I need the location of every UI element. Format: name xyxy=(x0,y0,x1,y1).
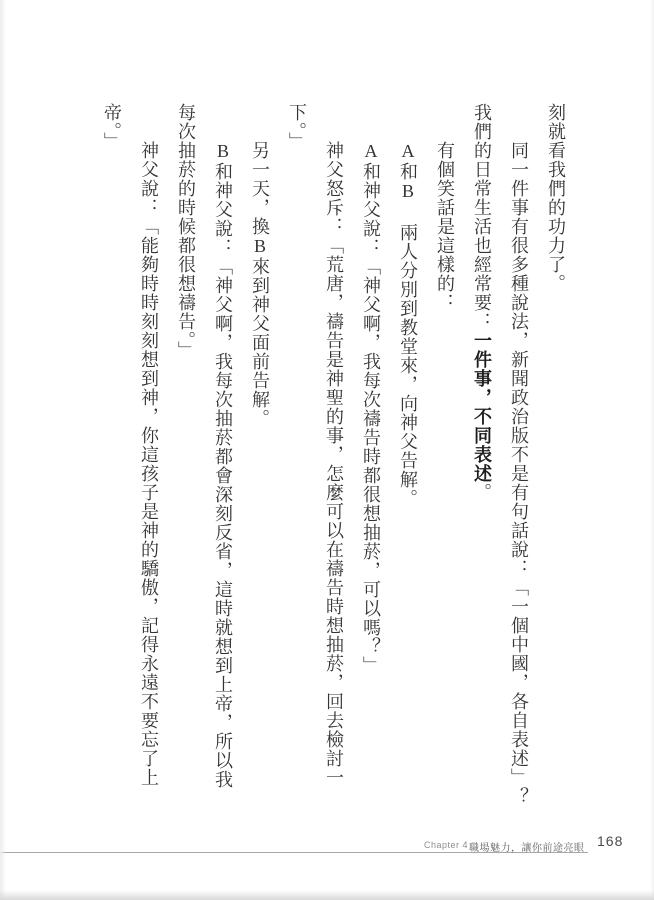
text-column: 下。」 xyxy=(288,103,306,819)
text-run: B和神父說：「神父啊，我每次抽菸都會深刻反省，這時就想到上帝，所以我 xyxy=(213,141,233,789)
text-run: 我們的日常生活也經常要： xyxy=(472,103,492,331)
text-run: A和神父說：「神父啊，我每次禱告時都很想抽菸，可以嗎？」 xyxy=(361,141,381,675)
scan-edge-left xyxy=(0,0,6,900)
text-run: 另一天，換B來到神父面前告解。 xyxy=(250,141,270,428)
text-column: 每次抽菸的時候都很想禱告。」 xyxy=(177,103,195,819)
text-run: 神父說：「能夠時時刻刻想到神，你這孩子是神的驕傲，記得永遠不要忘了上 xyxy=(139,141,159,787)
text-column: 我們的日常生活也經常要：一件事，不同表述。 xyxy=(473,103,491,819)
scan-edge-bottom xyxy=(0,890,654,900)
text-run: 下。」 xyxy=(287,103,307,151)
text-column: A和神父說：「神父啊，我每次禱告時都很想抽菸，可以嗎？」 xyxy=(362,103,380,819)
text-column: 有個笑話是這樣的： xyxy=(436,103,454,819)
text-run: 帝。」 xyxy=(102,103,122,151)
chapter-label: Chapter 4 xyxy=(424,840,468,850)
body-text: 刻就看我們的功力了。同一件事有很多種說法，新聞政治版不是有句話說：「一個中國，各… xyxy=(84,103,565,819)
text-run: 每次抽菸的時候都很想禱告。」 xyxy=(176,103,196,360)
text-column: A和B 兩人分別到教堂來，向神父告解。 xyxy=(399,103,417,819)
emphasized-text: 一件事，不同表述 xyxy=(472,331,492,483)
text-column: B和神父說：「神父啊，我每次抽菸都會深刻反省，這時就想到上帝，所以我 xyxy=(214,103,232,819)
text-column: 神父怒斥：「荒唐，禱告是神聖的事，怎麼可以在禱告時想抽菸，回去檢討一 xyxy=(325,103,343,819)
text-run: 有個笑話是這樣的： xyxy=(435,141,455,312)
scan-edge-right xyxy=(650,0,654,900)
book-page: 刻就看我們的功力了。同一件事有很多種說法，新聞政治版不是有句話說：「一個中國，各… xyxy=(0,0,654,900)
text-column: 另一天，換B來到神父面前告解。 xyxy=(251,103,269,819)
chapter-title: 職場魅力，讓你前途亮眼 xyxy=(469,839,585,854)
page-number: 168 xyxy=(597,833,623,849)
text-run: 刻就看我們的功力了。 xyxy=(546,103,566,293)
text-run: 神父怒斥：「荒唐，禱告是神聖的事，怎麼可以在禱告時想抽菸，回去檢討一 xyxy=(324,141,344,787)
text-run: 。 xyxy=(472,483,492,502)
text-column: 神父說：「能夠時時刻刻想到神，你這孩子是神的驕傲，記得永遠不要忘了上 xyxy=(140,103,158,819)
text-run: A和B 兩人分別到教堂來，向神父告解。 xyxy=(398,141,418,508)
text-column: 同一件事有很多種說法，新聞政治版不是有句話說：「一個中國，各自表述」？ xyxy=(510,103,528,819)
text-run: 同一件事有很多種說法，新聞政治版不是有句話說：「一個中國，各自表述」？ xyxy=(509,141,529,806)
text-column: 帝。」 xyxy=(103,103,121,819)
text-column: 刻就看我們的功力了。 xyxy=(547,103,565,819)
